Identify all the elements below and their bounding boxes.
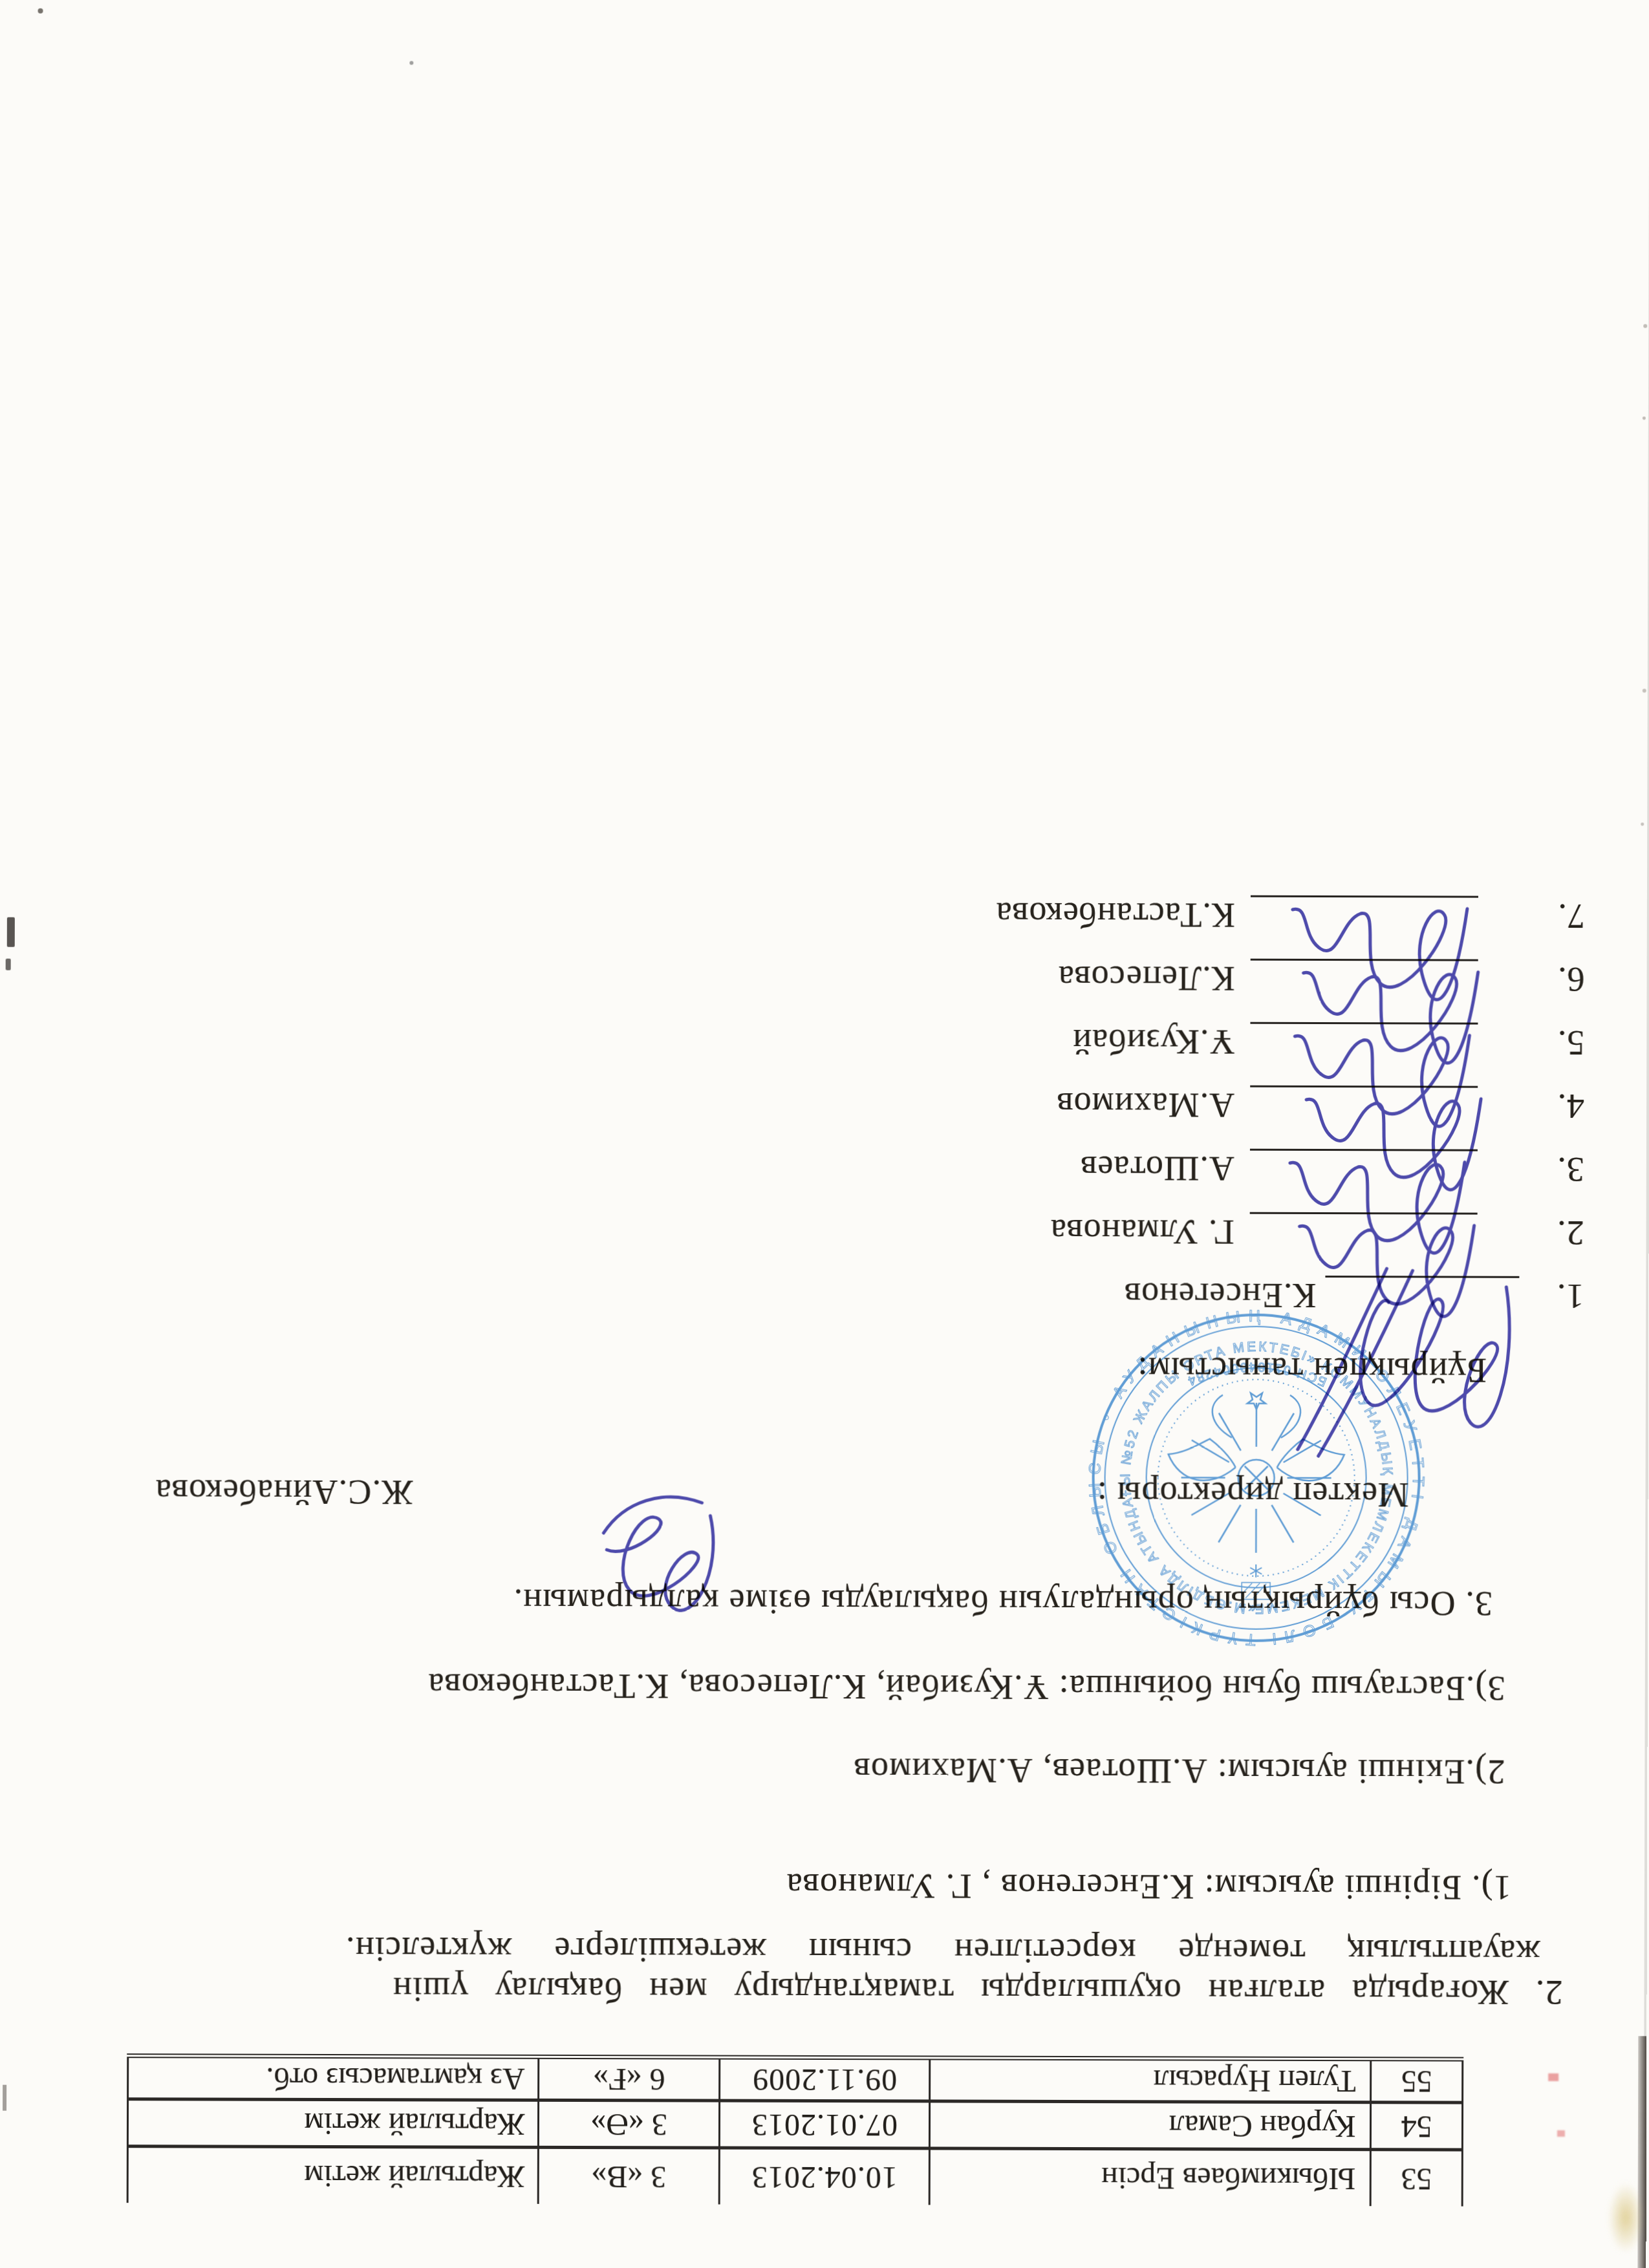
scan-artifact-speck — [38, 8, 43, 14]
signee-number: 6. — [1546, 959, 1585, 1000]
table-row: 55 Тулеп Нурасыл 09.11.2009 6 «Ғ» Аз қам… — [128, 2056, 1463, 2102]
order-point2-line2: жауаптылық төменде көрсетілген сынып жет… — [345, 1929, 1540, 1973]
student-number-cell: 55 — [1371, 2059, 1463, 2102]
category-cell: Жартылай жетім — [127, 2146, 539, 2204]
document-content: 53 Ыбыкимбаев Ерсін 10.04.2013 3 «В» Жар… — [0, 0, 1649, 2268]
table-row: 54 Курбан Самал 07.01.2013 3 «Ә» Жартыла… — [127, 2099, 1462, 2150]
signee-number: 3. — [1546, 1150, 1584, 1190]
student-name-cell: Ыбыкимбаев Ерсін — [929, 2148, 1370, 2206]
order-point2-line1: 2. Жоғарыда аталған оқушыларды тамақтанд… — [393, 1969, 1563, 2013]
grade-cell: 3 «Ә» — [539, 2101, 719, 2148]
signee-number: 7. — [1546, 896, 1585, 936]
grade-cell: 3 «В» — [539, 2148, 720, 2205]
scan-artifact-mark — [7, 917, 15, 947]
director-name: Ж.С.Айнабекова — [155, 1471, 413, 1512]
birth-date-cell: 07.01.2013 — [719, 2101, 930, 2149]
scan-artifact-mark — [6, 959, 11, 970]
student-name-cell: Курбан Самал — [930, 2101, 1371, 2150]
category-cell: Жартылай жетім — [127, 2099, 539, 2148]
student-name-cell: Тулеп Нурасыл — [930, 2058, 1371, 2102]
scan-artifact-speck — [1641, 822, 1644, 826]
shift-second-line: 2).Екінші ауысым: А.Шотаев, А.Махимов — [853, 1750, 1505, 1792]
signee-number: 2. — [1546, 1213, 1584, 1253]
shift-first-line: 1). Бірінші ауысым: К.Енсегенов , Г. Улм… — [786, 1866, 1512, 1908]
scanned-page: 53 Ыбыкимбаев Ерсін 10.04.2013 3 «В» Жар… — [0, 0, 1649, 2268]
scan-artifact-edge-line — [1644, 2, 1649, 2037]
director-signature-ink — [577, 1486, 740, 1649]
birth-date-cell: 09.11.2009 — [719, 2058, 930, 2102]
signature-ink — [1176, 846, 1540, 1351]
scan-artifact-mark — [1548, 2073, 1558, 2081]
birth-date-cell: 10.04.2013 — [719, 2148, 930, 2205]
shift-primary-line: 3).Бастауыш буын бойынша: Ұ.Кузибай, К.Л… — [427, 1665, 1505, 1708]
scan-artifact-speck — [409, 61, 413, 65]
scan-artifact-speck — [1643, 689, 1646, 692]
grade-cell: 6 «Ғ» — [539, 2057, 719, 2101]
students-table: 53 Ыбыкимбаев Ерсін 10.04.2013 3 «В» Жар… — [127, 2054, 1464, 2207]
scan-artifact-stain — [1608, 2182, 1643, 2253]
signee-number: 5. — [1546, 1023, 1584, 1063]
category-cell: Аз қамтамасыз отб. — [128, 2056, 539, 2101]
scan-artifact-speck — [1643, 324, 1647, 328]
scan-artifact-mark — [1557, 2130, 1565, 2137]
student-number-cell: 54 — [1371, 2102, 1463, 2150]
table-row: 53 Ыбыкимбаев Ерсін 10.04.2013 3 «В» Жар… — [127, 2146, 1462, 2206]
student-number-cell: 53 — [1371, 2150, 1463, 2206]
signee-number: 4. — [1546, 1086, 1584, 1126]
scan-artifact-mark — [3, 2085, 6, 2111]
scan-artifact-speck — [1643, 416, 1646, 420]
